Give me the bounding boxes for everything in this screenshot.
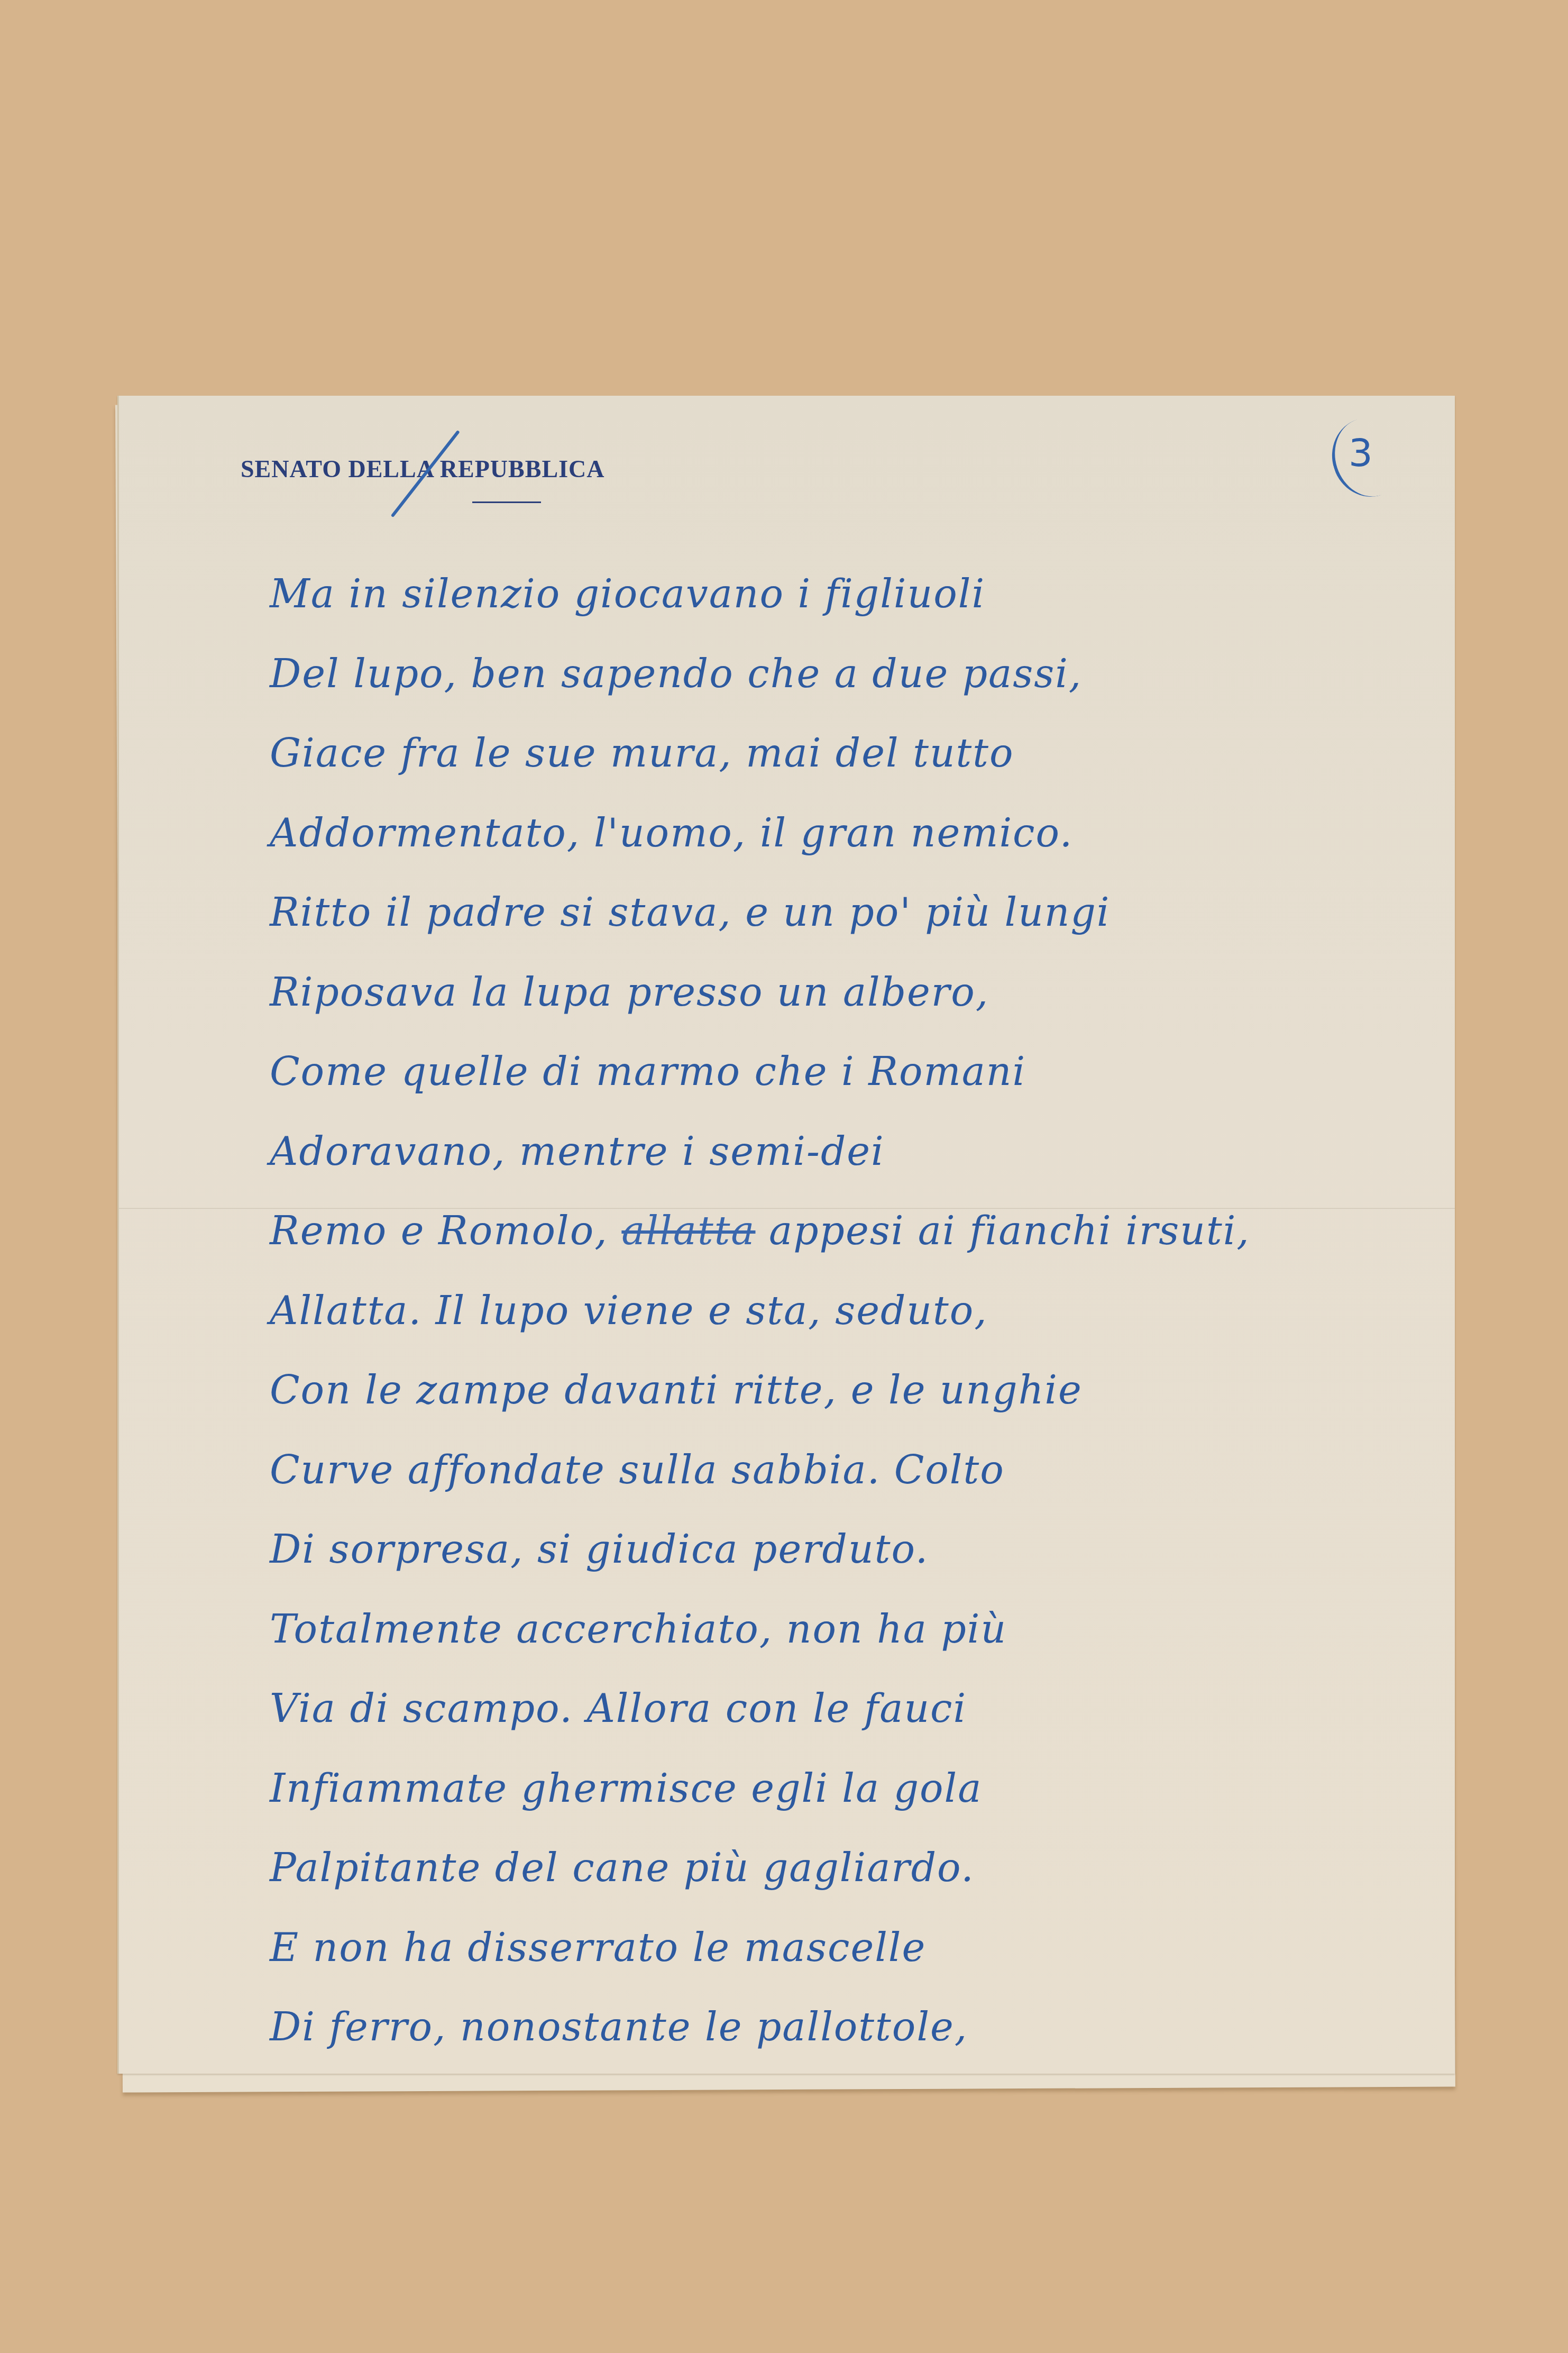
- verse-line-with-deletion: Remo e Romolo, allatta appesi ai fianchi…: [270, 1191, 1433, 1271]
- verse-line: Totalmente accerchiato, non ha più: [270, 1590, 1433, 1670]
- verse-line: Riposava la lupa presso un albero,: [270, 953, 1433, 1033]
- verse-line: Palpitante del cane più gagliardo.: [270, 1828, 1433, 1908]
- verse-line: Curve affondate sulla sabbia. Colto: [270, 1430, 1433, 1510]
- verse-line: E non ha disserrato le mascelle: [270, 1908, 1433, 1988]
- verse-line: Con le zampe davanti ritte, e le unghie: [270, 1351, 1433, 1430]
- page-number-circle: 3: [1322, 412, 1405, 507]
- struck-out-word: allatta: [621, 1208, 755, 1254]
- verse-line: Giace fra le sue mura, mai del tutto: [270, 714, 1433, 794]
- verse-line: Addormentato, l'uomo, il gran nemico.: [270, 794, 1433, 873]
- verse-text: Remo e Romolo,: [270, 1208, 621, 1254]
- verse-line: Ritto il padre si stava, e un po' più lu…: [270, 873, 1433, 953]
- manuscript-page: SENATO DELLA REPUBBLICA 3 Ma in silenzio…: [117, 396, 1455, 2074]
- verse-line: Di sorpresa, si giudica perduto.: [270, 1510, 1433, 1590]
- verse-line: Di ferro, nonostante le pallottole,: [270, 1987, 1433, 2067]
- verse-line: Via di scampo. Allora con le fauci: [270, 1669, 1433, 1749]
- poem-body: Ma in silenzio giocavano i figliuoli Del…: [270, 554, 1433, 2067]
- verse-line: Allatta. Il lupo viene e sta, seduto,: [270, 1271, 1433, 1351]
- verse-line: Adoravano, mentre i semi-dei: [270, 1112, 1433, 1192]
- verse-text: appesi ai fianchi irsuti,: [756, 1208, 1250, 1254]
- verse-line: Come quelle di marmo che i Romani: [270, 1032, 1433, 1112]
- verse-line: Del lupo, ben sapendo che a due passi,: [270, 634, 1433, 714]
- verse-line: Ma in silenzio giocavano i figliuoli: [270, 554, 1433, 634]
- page-number: 3: [1349, 431, 1373, 475]
- verse-line: Infiammate ghermisce egli la gola: [270, 1749, 1433, 1829]
- letterhead-rule: [472, 501, 541, 503]
